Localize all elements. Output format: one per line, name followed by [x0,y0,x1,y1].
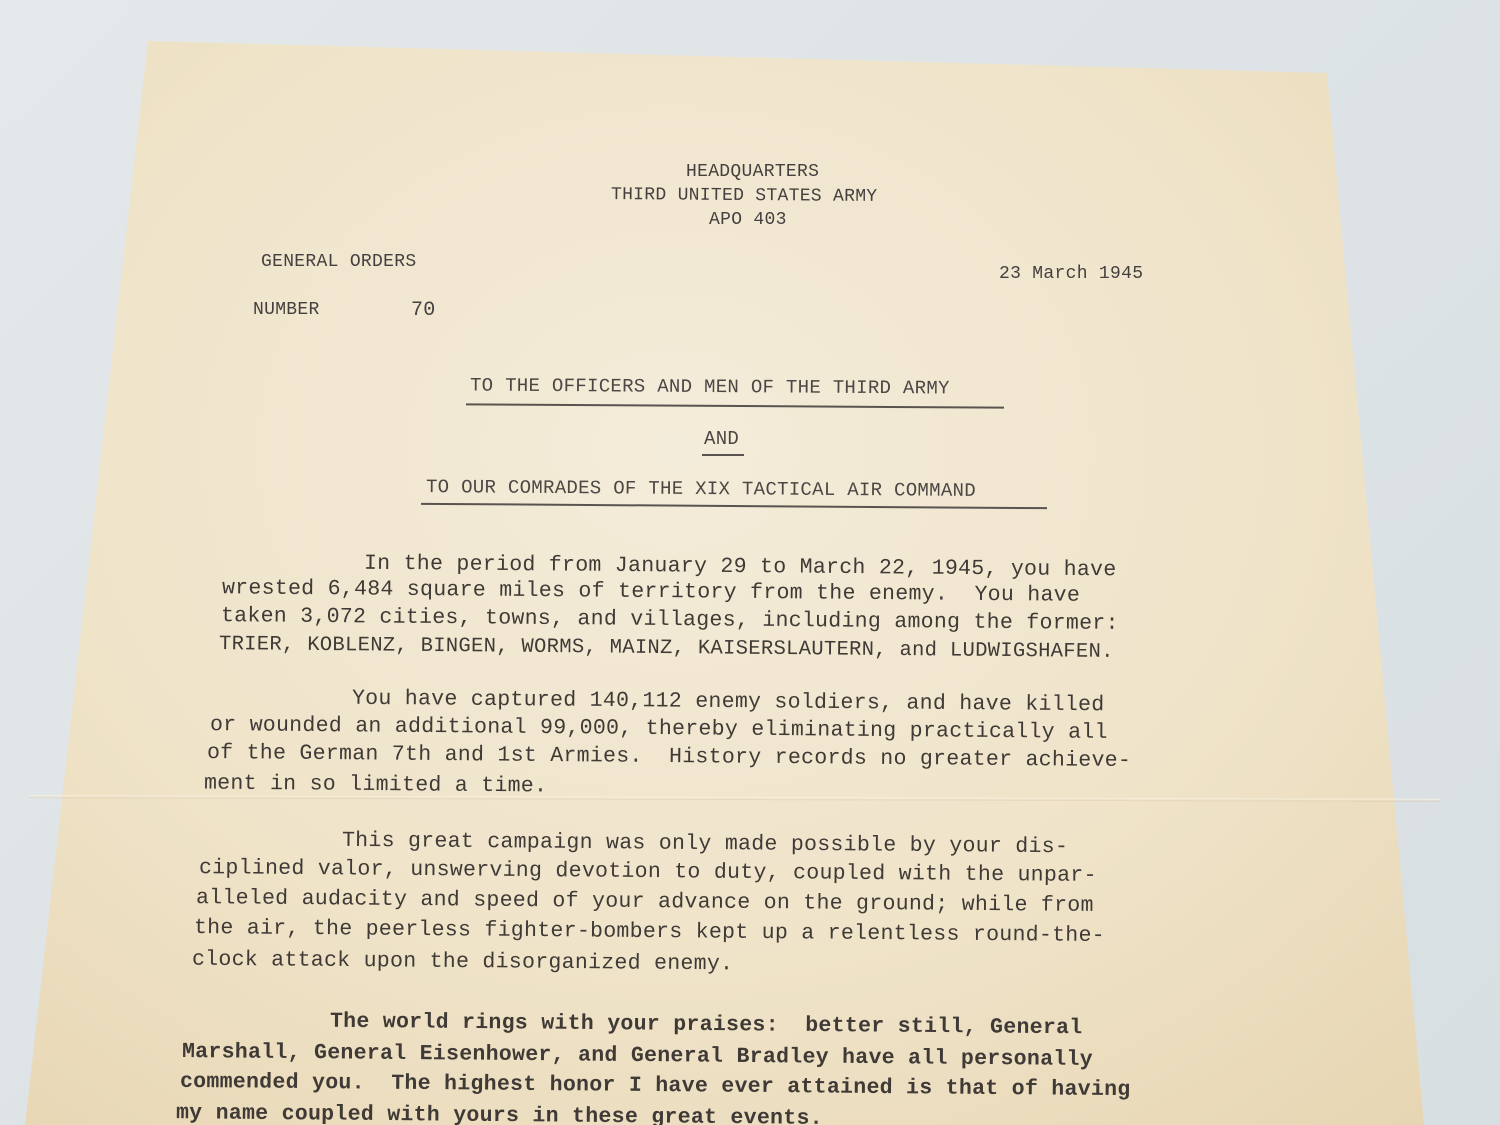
header-apo: APO 403 [709,210,787,230]
title-and: AND [704,428,739,450]
header-unit: THIRD UNITED STATES ARMY [611,185,878,207]
title-underline-2 [702,454,744,456]
order-number: 70 [411,299,436,322]
paragraph-2-line-4: ment in so limited a time. [204,772,547,799]
paragraph-3-line-5: clock attack upon the disorganized enemy… [192,948,733,977]
header-headquarters: HEADQUARTERS [686,162,819,182]
title-officers-and-men: TO THE OFFICERS AND MEN OF THE THIRD ARM… [470,375,950,400]
general-orders-label: GENERAL ORDERS [261,252,416,272]
order-date: 23 March 1945 [999,264,1143,284]
order-number-label: NUMBER [253,300,320,320]
title-xix-tac: TO OUR COMRADES OF THE XIX TACTICAL AIR … [426,476,976,502]
